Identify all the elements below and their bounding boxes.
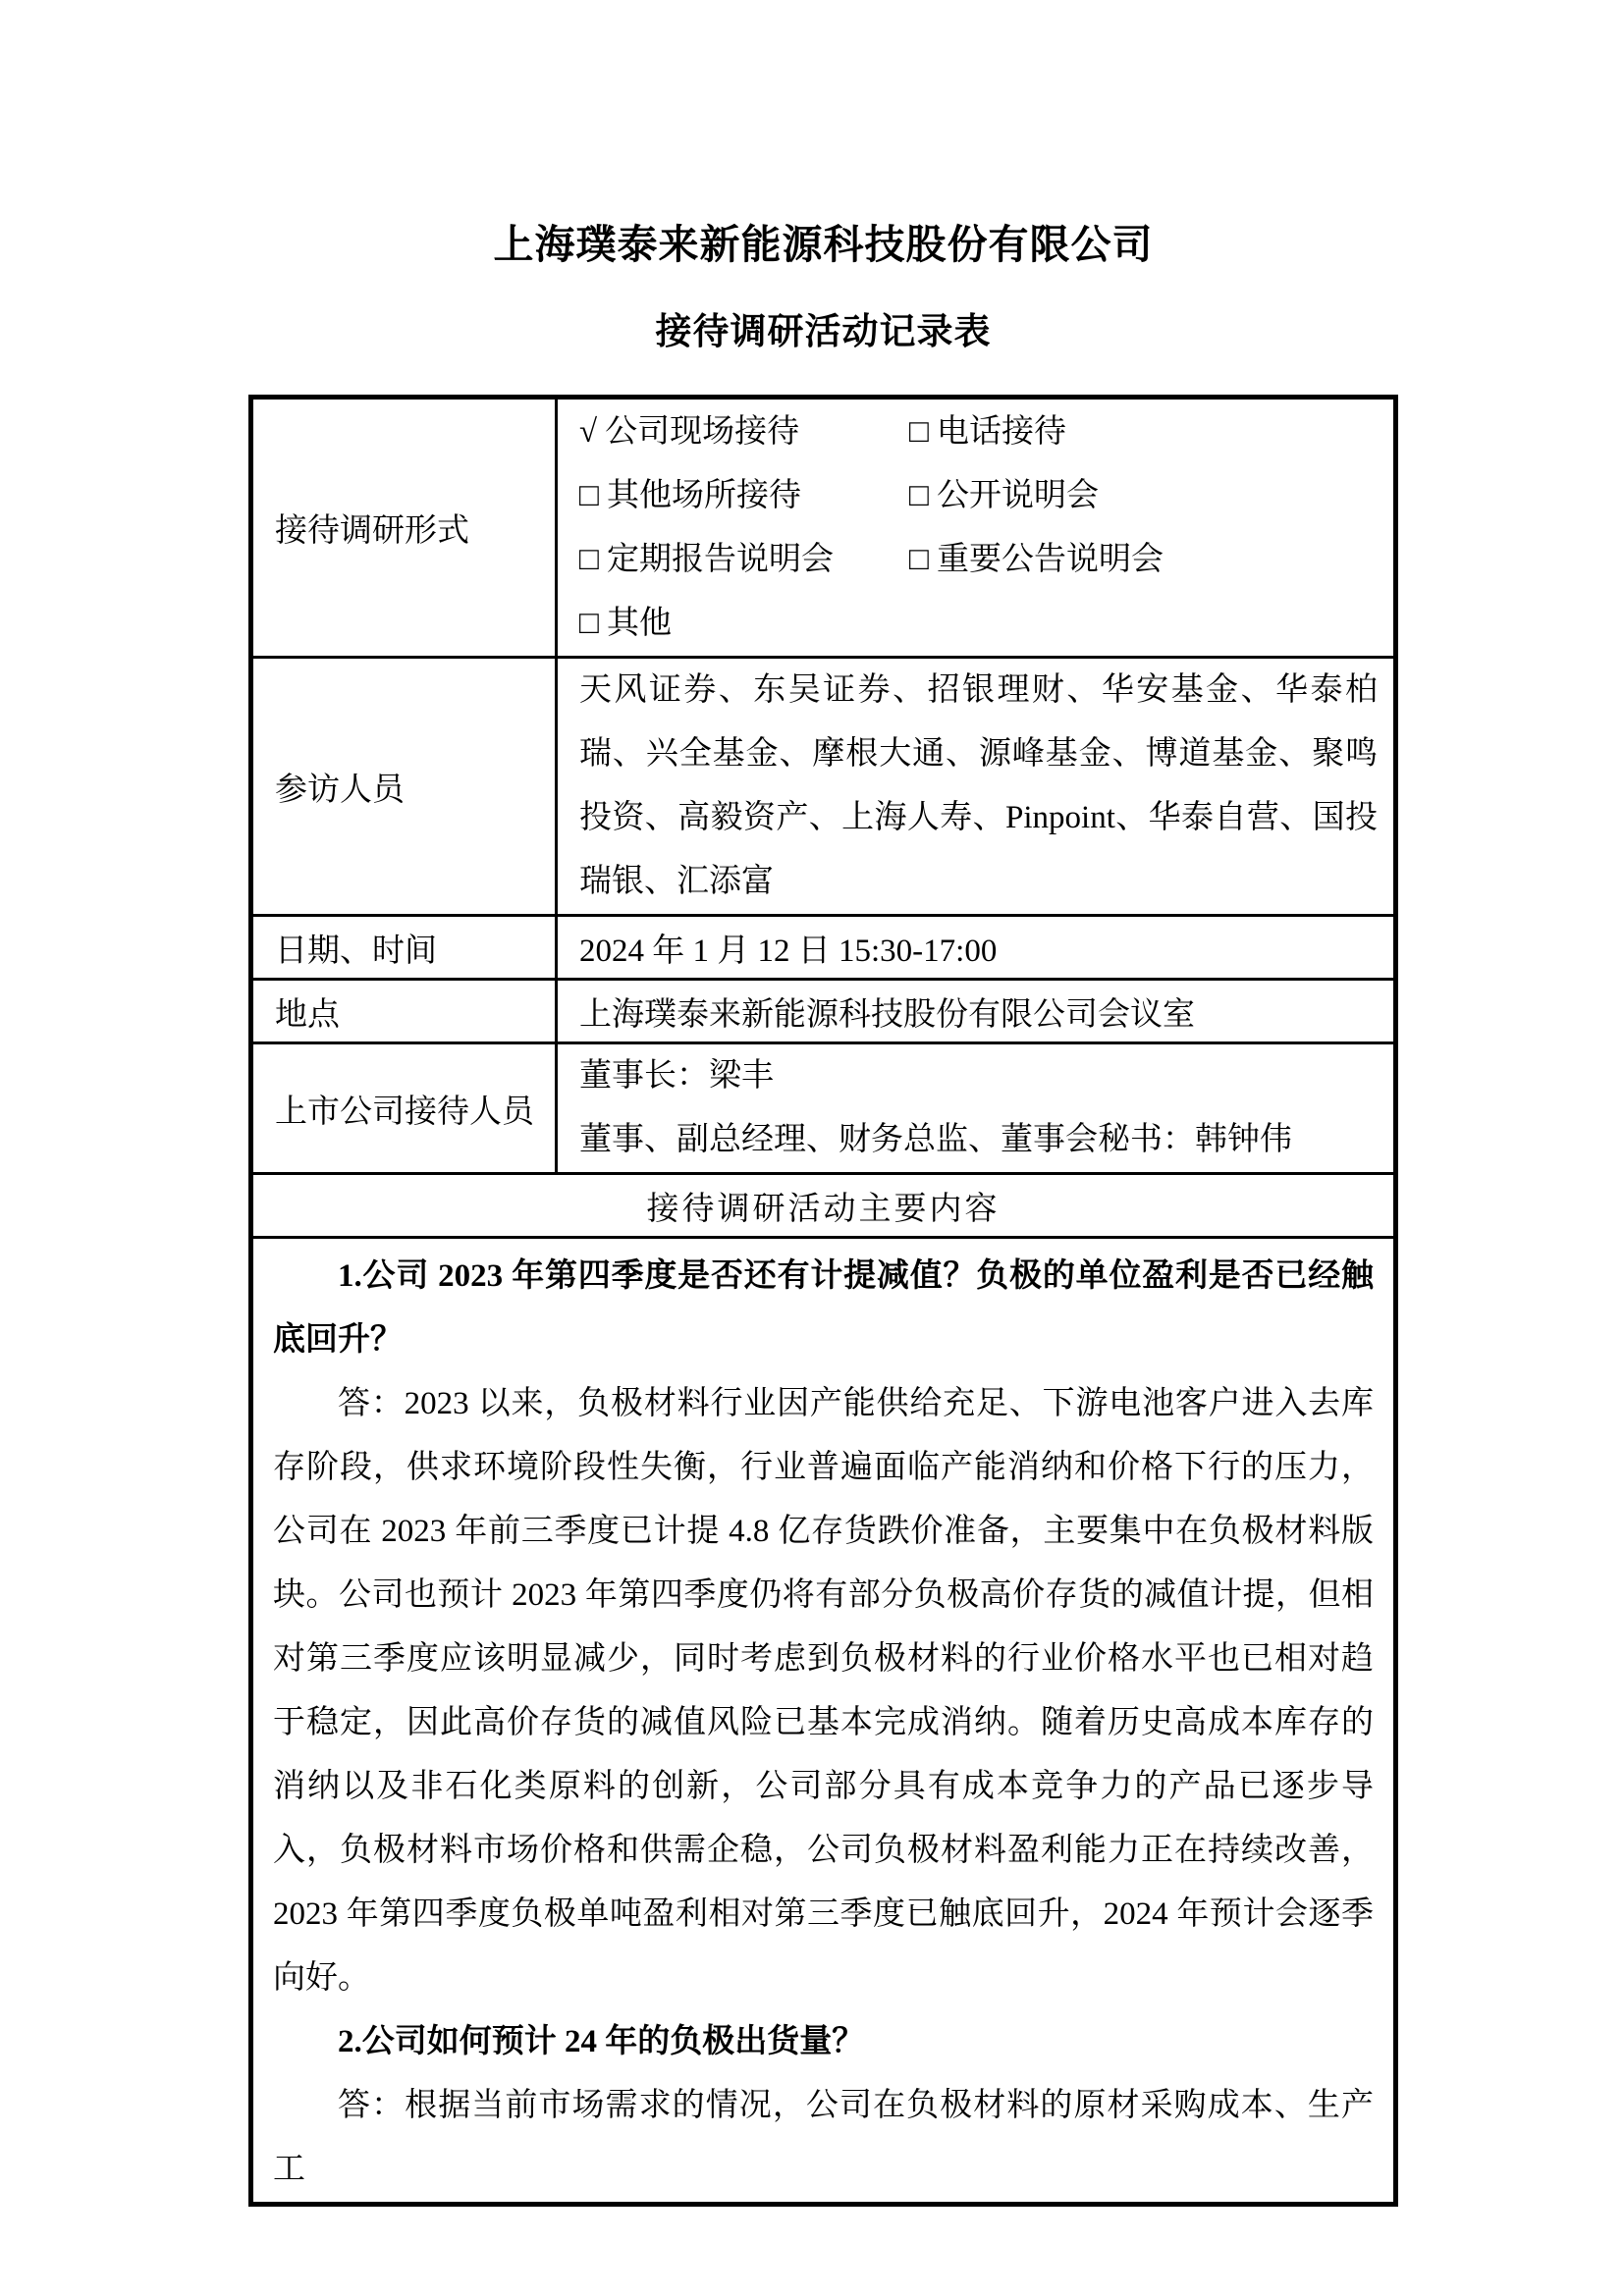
record-table: 接待调研形式 √公司现场接待 □电话接待 □其他场所接待 □公开说明会 □定期报…	[248, 395, 1398, 2207]
option-other-venue: □其他场所接待	[579, 464, 909, 528]
qa-question-2: 2.公司如何预计 24 年的负极出货量？	[273, 2010, 1374, 2074]
option-label: 电话接待	[937, 414, 1066, 450]
option-periodic-report-briefing: □定期报告说明会	[579, 528, 909, 592]
option-other: □其他	[579, 592, 909, 656]
datetime-value: 2024 年 1 月 12 日 15:30-17:00	[557, 916, 1396, 980]
option-important-announcement-briefing: □重要公告说明会	[909, 528, 1378, 592]
options-grid: √公司现场接待 □电话接待 □其他场所接待 □公开说明会 □定期报告说明会 □重…	[579, 400, 1378, 656]
row-visitors: 参访人员 天风证券、东吴证券、招银理财、华安基金、华泰柏瑞、兴全基金、摩根大通、…	[251, 658, 1396, 916]
visitors-label: 参访人员	[251, 658, 557, 916]
option-public-briefing: □公开说明会	[909, 464, 1378, 528]
hosts-line-executives: 董事、副总经理、财务总监、董事会秘书：韩钟伟	[579, 1108, 1378, 1172]
row-qa-content: 1.公司 2023 年第四季度是否还有计提减值？负极的单位盈利是否已经触底回升？…	[251, 1238, 1396, 2205]
option-phone: □电话接待	[909, 400, 1378, 464]
checkbox-icon: □	[579, 606, 599, 641]
visitors-value: 天风证券、东吴证券、招银理财、华安基金、华泰柏瑞、兴全基金、摩根大通、源峰基金、…	[579, 659, 1378, 914]
checkbox-icon: □	[909, 478, 929, 513]
hosts-label: 上市公司接待人员	[251, 1043, 557, 1174]
row-location: 地点 上海璞泰来新能源科技股份有限公司会议室	[251, 980, 1396, 1043]
hosts-line-chairman: 董事长：梁丰	[579, 1044, 1378, 1108]
location-label: 地点	[251, 980, 557, 1043]
location-value: 上海璞泰来新能源科技股份有限公司会议室	[557, 980, 1396, 1043]
option-label: 其他	[607, 606, 672, 641]
document-page: 上海璞泰来新能源科技股份有限公司 接待调研活动记录表 接待调研形式 √公司现场接…	[0, 0, 1624, 2296]
qa-answer-1: 答：2023 以来，负极材料行业因产能供给充足、下游电池客户进入去库存阶段，供求…	[273, 1372, 1374, 2010]
reception-form-options: √公司现场接待 □电话接待 □其他场所接待 □公开说明会 □定期报告说明会 □重…	[557, 398, 1396, 658]
option-company-onsite: √公司现场接待	[579, 400, 909, 464]
visitors-value-cell: 天风证券、东吴证券、招银理财、华安基金、华泰柏瑞、兴全基金、摩根大通、源峰基金、…	[557, 658, 1396, 916]
reception-form-label: 接待调研形式	[251, 398, 557, 658]
row-reception-form: 接待调研形式 √公司现场接待 □电话接待 □其他场所接待 □公开说明会 □定期报…	[251, 398, 1396, 658]
doc-title: 上海璞泰来新能源科技股份有限公司	[248, 212, 1398, 270]
option-label: 公司现场接待	[605, 414, 799, 450]
row-hosts: 上市公司接待人员 董事长：梁丰 董事、副总经理、财务总监、董事会秘书：韩钟伟	[251, 1043, 1396, 1174]
checkbox-icon: □	[579, 478, 599, 513]
section-header: 接待调研活动主要内容	[251, 1174, 1396, 1238]
hosts-value-cell: 董事长：梁丰 董事、副总经理、财务总监、董事会秘书：韩钟伟	[557, 1043, 1396, 1174]
option-label: 定期报告说明会	[607, 542, 834, 577]
qa-answer-2: 答：根据当前市场需求的情况，公司在负极材料的原材采购成本、生产工	[273, 2074, 1374, 2202]
qa-question-1: 1.公司 2023 年第四季度是否还有计提减值？负极的单位盈利是否已经触底回升？	[273, 1245, 1374, 1372]
checkbox-icon: □	[909, 414, 929, 450]
option-label: 其他场所接待	[607, 478, 801, 513]
option-label: 公开说明会	[937, 478, 1099, 513]
datetime-label: 日期、时间	[251, 916, 557, 980]
checkmark-icon: √	[579, 414, 597, 450]
checkbox-icon: □	[579, 542, 599, 577]
qa-content: 1.公司 2023 年第四季度是否还有计提减值？负极的单位盈利是否已经触底回升？…	[251, 1238, 1396, 2205]
checkbox-icon: □	[909, 542, 929, 577]
row-section-header: 接待调研活动主要内容	[251, 1174, 1396, 1238]
option-label: 重要公告说明会	[937, 542, 1164, 577]
row-datetime: 日期、时间 2024 年 1 月 12 日 15:30-17:00	[251, 916, 1396, 980]
doc-subtitle: 接待调研活动记录表	[248, 301, 1398, 354]
